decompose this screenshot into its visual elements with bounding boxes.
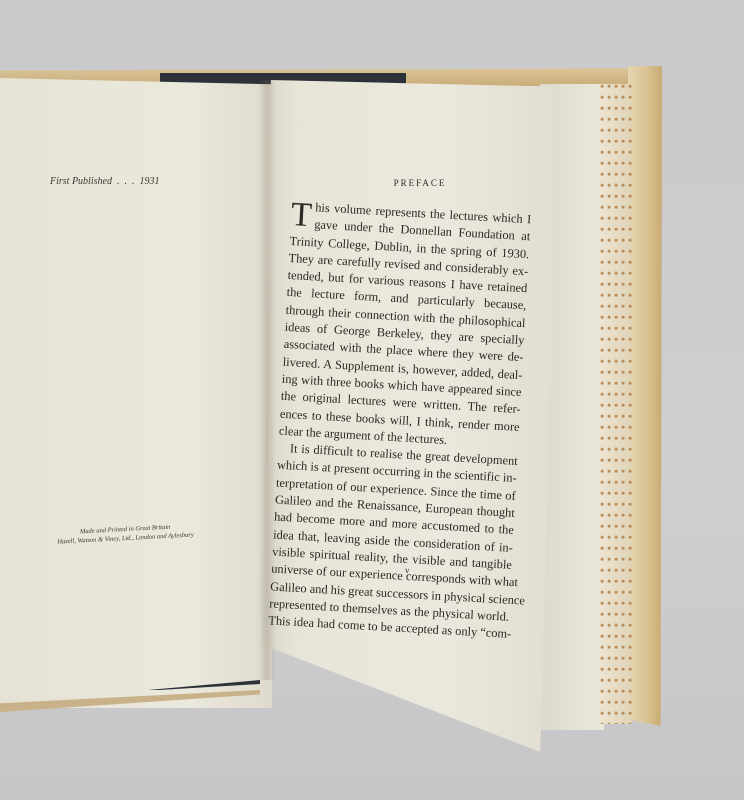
- book-back-board: [628, 66, 662, 726]
- drop-cap: T: [290, 200, 312, 231]
- preface-heading: PREFACE: [300, 178, 540, 188]
- preface-body-text: T his volume represents the lectures whi…: [268, 198, 532, 643]
- first-published-line: First Published . . . 1931: [50, 176, 159, 187]
- foxed-page-edges: [600, 84, 632, 724]
- page-number: v: [405, 565, 410, 575]
- left-page: [0, 78, 272, 708]
